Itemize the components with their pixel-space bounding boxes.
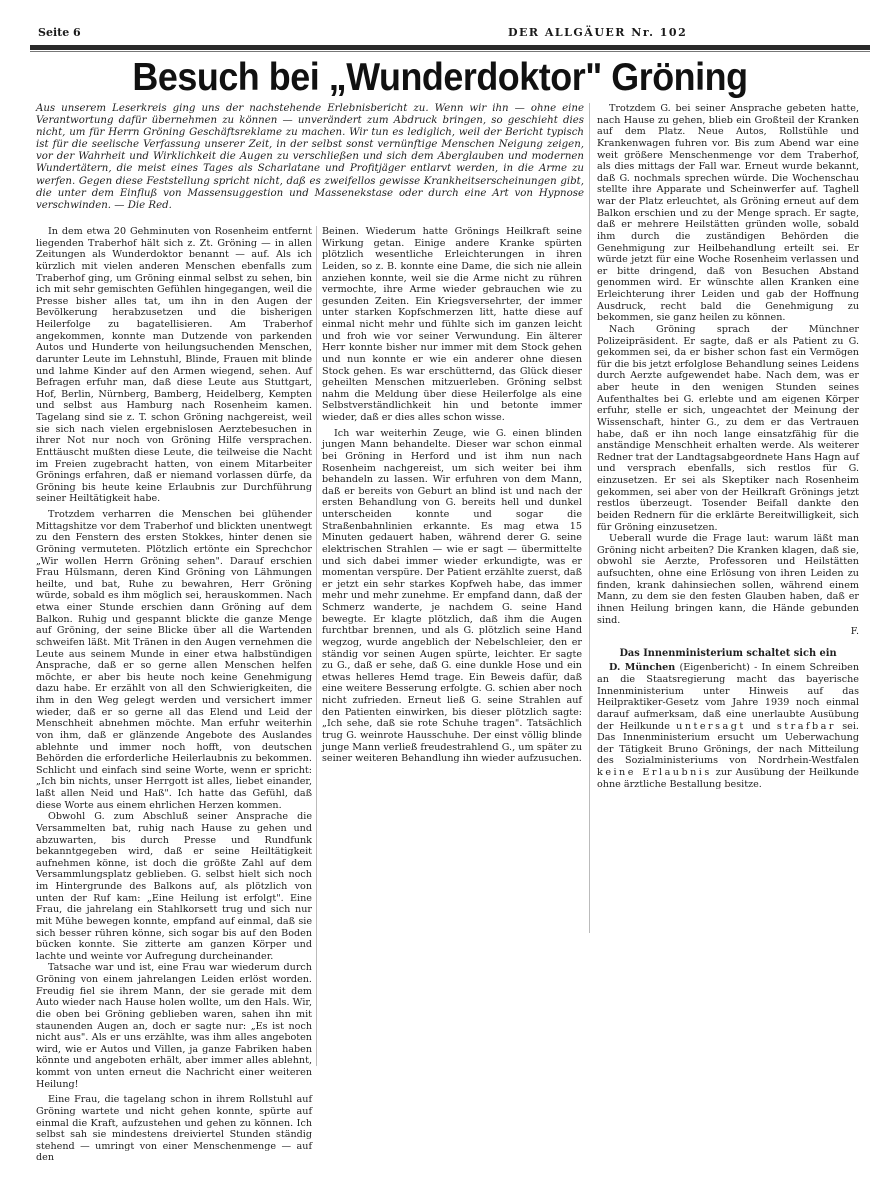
source-note: (Eigenbericht) — [679, 662, 749, 673]
paragraph: Trotzdem verharren die Menschen bei glüh… — [36, 509, 312, 811]
column-divider — [316, 226, 317, 1066]
paragraph: Trotzdem G. bei seiner Ansprache gebeten… — [597, 103, 859, 324]
header-rule-thin — [30, 51, 870, 52]
page-number: Seite 6 — [38, 26, 81, 39]
author-signature: F. — [597, 626, 859, 638]
sidebar-headline: Das Innenministerium schaltet sich ein — [597, 648, 859, 660]
page-header: Seite 6 DER ALLGÄUER Nr. 102 — [38, 26, 862, 42]
emphasis-text: strafbar — [777, 721, 836, 732]
paragraph: In dem etwa 20 Gehminuten von Rosenheim … — [36, 226, 312, 505]
body-text: und — [746, 721, 777, 732]
emphasis-text: untersagt — [676, 721, 746, 732]
article-headline: Besuch bei „Wunderdoktor" Gröning — [90, 55, 789, 101]
paragraph: Obwohl G. zum Abschluß seiner Ansprache … — [36, 811, 312, 962]
paragraph: Eine Frau, die tagelang schon in ihrem R… — [36, 1094, 312, 1164]
paragraph: Nach Gröning sprach der Münchner Polizei… — [597, 324, 859, 533]
dateline: D. München — [609, 662, 675, 673]
editorial-intro: Aus unserem Leserkreis ging uns der nach… — [36, 103, 584, 212]
paragraph: Ich war weiterhin Zeuge, wie G. einen bl… — [322, 428, 582, 765]
header-rule — [30, 45, 870, 50]
article-column-2: Beinen. Wiederum hatte Grönings Heilkraf… — [322, 226, 582, 765]
emphasis-text: keine Erlaubnis — [597, 767, 712, 778]
newspaper-masthead: DER ALLGÄUER Nr. 102 — [508, 26, 687, 39]
sidebar-paragraph: D. München (Eigenbericht) - In einem Sch… — [597, 662, 859, 790]
paragraph: Beinen. Wiederum hatte Grönings Heilkraf… — [322, 226, 582, 424]
article-column-1: In dem etwa 20 Gehminuten von Rosenheim … — [36, 226, 312, 1164]
paragraph: Tatsache war und ist, eine Frau war wied… — [36, 962, 312, 1090]
article-column-3: Trotzdem G. bei seiner Ansprache gebeten… — [597, 103, 859, 790]
column-divider — [589, 103, 590, 933]
paragraph: Ueberall wurde die Frage laut: warum läß… — [597, 533, 859, 626]
